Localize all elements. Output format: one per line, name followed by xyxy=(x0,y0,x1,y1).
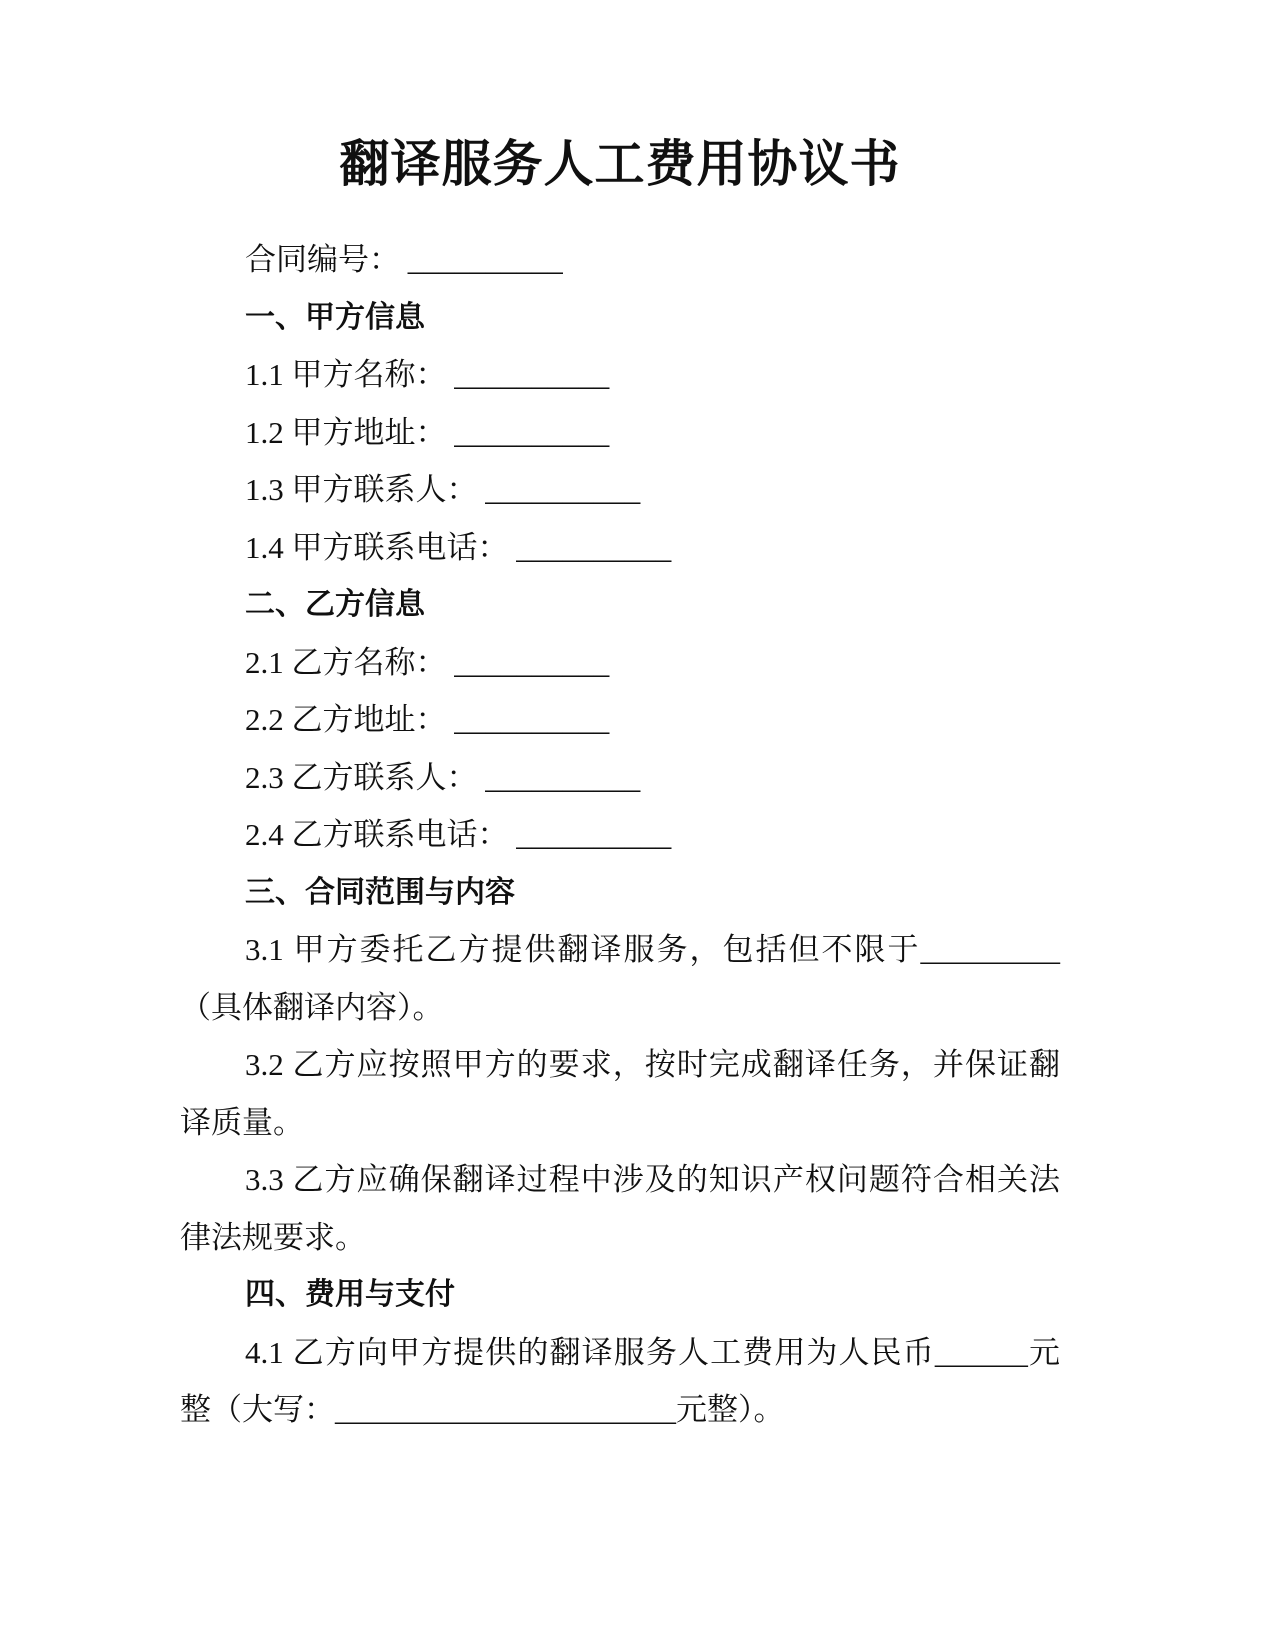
party-b-address-line: 2.2 乙方地址： __________ xyxy=(180,691,1060,749)
party-a-contact-person-line: 1.3 甲方联系人： __________ xyxy=(180,461,1060,519)
section-heading-scope-and-content: 三、合同范围与内容 xyxy=(180,864,1060,922)
clause-3-2-paragraph: 3.2 乙方应按照甲方的要求，按时完成翻译任务，并保证翻译质量。 xyxy=(180,1036,1060,1151)
contract-number-line: 合同编号： __________ xyxy=(180,231,1060,289)
clause-4-1-paragraph: 4.1 乙方向甲方提供的翻译服务人工费用为人民币______元整（大写：____… xyxy=(180,1324,1060,1439)
document-page: 翻译服务人工费用协议书 合同编号： __________ 一、甲方信息 1.1 … xyxy=(0,0,1275,1650)
party-b-contact-person-line: 2.3 乙方联系人： __________ xyxy=(180,749,1060,807)
party-a-address-line: 1.2 甲方地址： __________ xyxy=(180,404,1060,462)
party-a-name-line: 1.1 甲方名称： __________ xyxy=(180,346,1060,404)
party-a-phone-line: 1.4 甲方联系电话： __________ xyxy=(180,519,1060,577)
section-heading-party-b-info: 二、乙方信息 xyxy=(180,576,1060,634)
clause-3-3-paragraph: 3.3 乙方应确保翻译过程中涉及的知识产权问题符合相关法律法规要求。 xyxy=(180,1151,1060,1266)
party-b-name-line: 2.1 乙方名称： __________ xyxy=(180,634,1060,692)
clause-3-1-paragraph: 3.1 甲方委托乙方提供翻译服务，包括但不限于_________ （具体翻译内容… xyxy=(180,921,1060,1036)
party-b-phone-line: 2.4 乙方联系电话： __________ xyxy=(180,806,1060,864)
document-title: 翻译服务人工费用协议书 xyxy=(180,132,1060,196)
section-heading-fees-and-payment: 四、费用与支付 xyxy=(180,1266,1060,1324)
section-heading-party-a-info: 一、甲方信息 xyxy=(180,289,1060,347)
